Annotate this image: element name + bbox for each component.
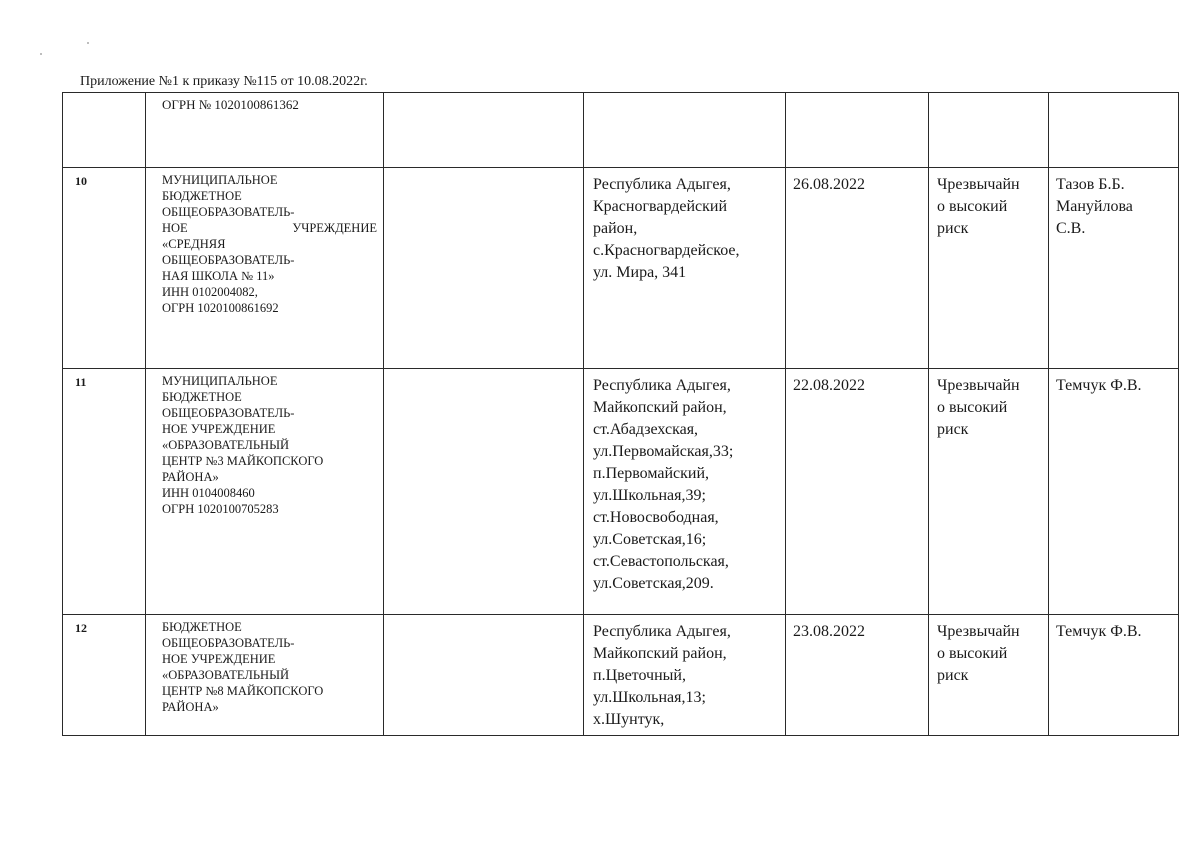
- table-row-continuation: ОГРН № 1020100861362: [63, 93, 1179, 168]
- org-name-line: РАЙОНА»: [162, 469, 377, 485]
- risk-category-line: Чрезвычайн: [937, 621, 1044, 643]
- address-line: район,: [593, 218, 781, 240]
- row-number-cell: 11: [63, 369, 146, 615]
- row-number: 11: [75, 375, 86, 389]
- address-line: ул.Первомайская,33;: [593, 441, 781, 463]
- inspection-date: 26.08.2022: [793, 176, 865, 193]
- scan-speck: [40, 53, 42, 55]
- address-line: ул.Школьная,13;: [593, 687, 781, 709]
- date-cell: 26.08.2022: [786, 168, 929, 369]
- inspector-cell: Тазов Б.Б.МануйловаС.В.: [1049, 168, 1179, 369]
- address-line: х.Шунтук,: [593, 709, 781, 731]
- risk-category-line: риск: [937, 218, 1044, 240]
- address-line: п.Первомайский,: [593, 463, 781, 485]
- empty-cell: [384, 369, 584, 615]
- risk-category-line: риск: [937, 419, 1044, 441]
- org-name-line: ИНН 0102004082,: [162, 284, 377, 300]
- org-name-line: МУНИЦИПАЛЬНОЕ: [162, 172, 377, 188]
- risk-cell: [929, 93, 1049, 168]
- inspection-date: 22.08.2022: [793, 377, 865, 394]
- date-cell: 22.08.2022: [786, 369, 929, 615]
- address-cell: Республика Адыгея,Майкопский район,ст.Аб…: [584, 369, 786, 615]
- inspector-cell: Темчук Ф.В.: [1049, 369, 1179, 615]
- address-cell: Республика Адыгея,Красногвардейскийрайон…: [584, 168, 786, 369]
- risk-category-line: о высокий: [937, 196, 1044, 218]
- address-line: Красногвардейский: [593, 196, 781, 218]
- org-name-line: «ОБРАЗОВАТЕЛЬНЫЙ: [162, 667, 377, 683]
- org-name-line: МУНИЦИПАЛЬНОЕ: [162, 373, 377, 389]
- address-line: Республика Адыгея,: [593, 621, 781, 643]
- address-line: ул.Школьная,39;: [593, 485, 781, 507]
- empty-cell: [384, 615, 584, 736]
- org-name-line: БЮДЖЕТНОЕ: [162, 389, 377, 405]
- scan-speck: [87, 42, 89, 44]
- address-cell: [584, 93, 786, 168]
- inspection-schedule-table: ОГРН № 1020100861362 10МУНИЦИПАЛЬНОЕБЮДЖ…: [62, 92, 1179, 736]
- inspector-name-line: Темчук Ф.В.: [1056, 621, 1174, 643]
- address-line: п.Цветочный,: [593, 665, 781, 687]
- org-name-line: ОБЩЕОБРАЗОВАТЕЛЬ-: [162, 204, 377, 220]
- organization-cell: ОГРН № 1020100861362: [146, 93, 384, 168]
- address-line: Республика Адыгея,: [593, 375, 781, 397]
- org-name-line: ЦЕНТР №8 МАЙКОПСКОГО: [162, 683, 377, 699]
- row-number: 10: [75, 174, 87, 188]
- org-name-line: БЮДЖЕТНОЕ: [162, 619, 377, 635]
- row-number-cell: 10: [63, 168, 146, 369]
- risk-category-line: риск: [937, 665, 1044, 687]
- address-line: Республика Адыгея,: [593, 174, 781, 196]
- org-name-line: НАЯ ШКОЛА № 11»: [162, 268, 377, 284]
- inspector-name-line: Тазов Б.Б.: [1056, 174, 1174, 196]
- address-line: Майкопский район,: [593, 643, 781, 665]
- org-name-line: «СРЕДНЯЯ: [162, 236, 377, 252]
- org-name-line: ОГРН 1020100861692: [162, 300, 377, 316]
- org-word: НОЕ: [162, 220, 188, 236]
- org-name-line: РАЙОНА»: [162, 699, 377, 715]
- table-row: 11МУНИЦИПАЛЬНОЕБЮДЖЕТНОЕОБЩЕОБРАЗОВАТЕЛЬ…: [63, 369, 1179, 615]
- org-text: ОГРН № 1020100861362: [162, 97, 377, 113]
- org-name-line: ЦЕНТР №3 МАЙКОПСКОГО: [162, 453, 377, 469]
- organization-cell: МУНИЦИПАЛЬНОЕБЮДЖЕТНОЕОБЩЕОБРАЗОВАТЕЛЬ-Н…: [146, 369, 384, 615]
- date-cell: 23.08.2022: [786, 615, 929, 736]
- org-name-line: НОЕ УЧРЕЖДЕНИЕ: [162, 421, 377, 437]
- org-name-line: ОБЩЕОБРАЗОВАТЕЛЬ-: [162, 252, 377, 268]
- risk-category-line: о высокий: [937, 643, 1044, 665]
- address-cell: Республика Адыгея,Майкопский район,п.Цве…: [584, 615, 786, 736]
- inspector-name-line: С.В.: [1056, 218, 1174, 240]
- risk-category-line: Чрезвычайн: [937, 174, 1044, 196]
- address-line: Майкопский район,: [593, 397, 781, 419]
- inspection-date: 23.08.2022: [793, 623, 865, 640]
- empty-cell: [384, 93, 584, 168]
- risk-category-line: Чрезвычайн: [937, 375, 1044, 397]
- address-line: ст.Новосвободная,: [593, 507, 781, 529]
- address-line: ул. Мира, 341: [593, 262, 781, 284]
- org-name-line: НОЕ УЧРЕЖДЕНИЕ: [162, 651, 377, 667]
- org-name-line: ИНН 0104008460: [162, 485, 377, 501]
- org-word: УЧРЕЖДЕНИЕ: [292, 220, 377, 236]
- org-name-line: ОБЩЕОБРАЗОВАТЕЛЬ-: [162, 635, 377, 651]
- org-name-line: «ОБРАЗОВАТЕЛЬНЫЙ: [162, 437, 377, 453]
- row-number-cell: [63, 93, 146, 168]
- document-caption: Приложение №1 к приказу №115 от 10.08.20…: [80, 74, 368, 90]
- row-number-cell: 12: [63, 615, 146, 736]
- address-line: ул.Советская,209.: [593, 573, 781, 595]
- address-line: ул.Советская,16;: [593, 529, 781, 551]
- table-row: 12БЮДЖЕТНОЕОБЩЕОБРАЗОВАТЕЛЬ-НОЕ УЧРЕЖДЕН…: [63, 615, 1179, 736]
- inspector-name-line: Темчук Ф.В.: [1056, 375, 1174, 397]
- risk-cell: Чрезвычайно высокийриск: [929, 168, 1049, 369]
- inspector-name-line: Мануйлова: [1056, 196, 1174, 218]
- risk-category-line: о высокий: [937, 397, 1044, 419]
- address-line: ст.Севастопольская,: [593, 551, 781, 573]
- org-name-line: НОЕУЧРЕЖДЕНИЕ: [162, 220, 377, 236]
- row-number: 12: [75, 621, 87, 635]
- date-cell: [786, 93, 929, 168]
- risk-cell: Чрезвычайно высокийриск: [929, 369, 1049, 615]
- address-line: ст.Абадзехская,: [593, 419, 781, 441]
- organization-cell: БЮДЖЕТНОЕОБЩЕОБРАЗОВАТЕЛЬ-НОЕ УЧРЕЖДЕНИЕ…: [146, 615, 384, 736]
- inspector-cell: Темчук Ф.В.: [1049, 615, 1179, 736]
- table-row: 10МУНИЦИПАЛЬНОЕБЮДЖЕТНОЕОБЩЕОБРАЗОВАТЕЛЬ…: [63, 168, 1179, 369]
- inspector-cell: [1049, 93, 1179, 168]
- org-name-line: ОБЩЕОБРАЗОВАТЕЛЬ-: [162, 405, 377, 421]
- address-line: с.Красногвардейское,: [593, 240, 781, 262]
- org-name-line: БЮДЖЕТНОЕ: [162, 188, 377, 204]
- risk-cell: Чрезвычайно высокийриск: [929, 615, 1049, 736]
- empty-cell: [384, 168, 584, 369]
- organization-cell: МУНИЦИПАЛЬНОЕБЮДЖЕТНОЕОБЩЕОБРАЗОВАТЕЛЬ-Н…: [146, 168, 384, 369]
- org-name-line: ОГРН 1020100705283: [162, 501, 377, 517]
